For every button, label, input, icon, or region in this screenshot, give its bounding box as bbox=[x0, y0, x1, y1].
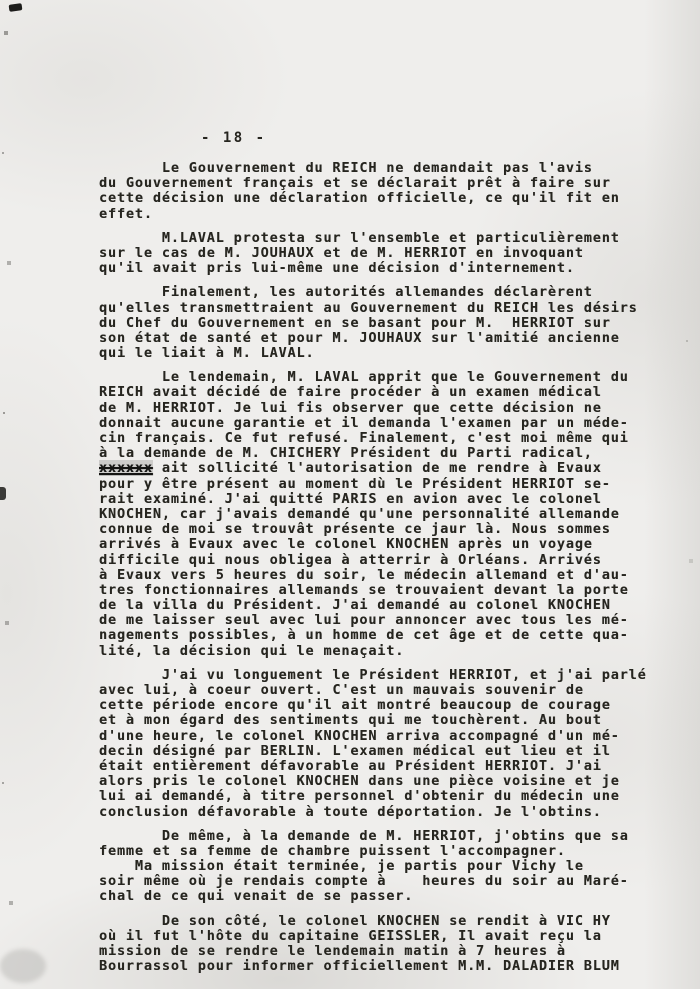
text-line: lité, la décision qui le menaçait. bbox=[99, 644, 674, 659]
text-line: xxxxxx ait sollicité l'autorisation de m… bbox=[99, 461, 674, 476]
document-body: Le Gouvernement du REICH ne demandait pa… bbox=[99, 161, 674, 983]
text-line: rait examiné. J'ai quitté PARIS en avion… bbox=[99, 492, 674, 507]
text-line: J'ai vu longuement le Président HERRIOT,… bbox=[99, 668, 674, 683]
text-line: De même, à la demande de M. HERRIOT, j'o… bbox=[99, 829, 674, 844]
text-line: effet. bbox=[99, 207, 674, 222]
text-line: et à mon égard des sentiments qui me tou… bbox=[99, 713, 674, 728]
paragraph: J'ai vu longuement le Président HERRIOT,… bbox=[99, 668, 674, 820]
struck-out-text: xxxxxx bbox=[99, 460, 153, 476]
text-line: REICH avait décidé de faire procéder à u… bbox=[99, 385, 674, 400]
text-line: de M. HERRIOT. Je lui fis observer que c… bbox=[99, 401, 674, 416]
text-line: sur le cas de M. JOUHAUX et de M. HERRIO… bbox=[99, 246, 674, 261]
text-line: cette décision une déclaration officiell… bbox=[99, 191, 674, 206]
scan-artifact-smudge bbox=[0, 949, 46, 983]
text-line: nagements possibles, à un homme de cet â… bbox=[99, 628, 674, 643]
text-line: pour y être présent au moment dù le Prés… bbox=[99, 477, 674, 492]
text-line: Le Gouvernement du REICH ne demandait pa… bbox=[99, 161, 674, 176]
text-line: mission de se rendre le lendemain matin … bbox=[99, 944, 674, 959]
text-line: donnait aucune garantie et il demanda l'… bbox=[99, 416, 674, 431]
text-line: De son côté, le colonel KNOCHEN se rendi… bbox=[99, 914, 674, 929]
text-line: KNOCHEN, car j'avais demandé qu'une pers… bbox=[99, 507, 674, 522]
text-line: Ma mission était terminée, je partis pou… bbox=[99, 859, 674, 874]
text-line: femme et sa femme de chambre puissent l'… bbox=[99, 844, 674, 859]
text-line: à Evaux vers 5 heures du soir, le médeci… bbox=[99, 568, 674, 583]
paragraph: Finalement, les autorités allemandes déc… bbox=[99, 285, 674, 361]
text-line: conclusion défavorable à toute déportati… bbox=[99, 805, 674, 820]
text-line: tres fonctionnaires allemands se trouvai… bbox=[99, 583, 674, 598]
text-line: chal de ce qui venait de se passer. bbox=[99, 889, 674, 904]
scanned-document-page: - 18 - Le Gouvernement du REICH ne deman… bbox=[0, 0, 700, 989]
text-line: où il fut l'hôte du capitaine GEISSLER, … bbox=[99, 929, 674, 944]
text-line: qu'il avait pris lui-même une décision d… bbox=[99, 261, 674, 276]
text-line: Bourrassol pour informer officiellement … bbox=[99, 959, 674, 974]
page-number: - 18 - bbox=[201, 130, 267, 146]
text-line: qu'elles transmettraient au Gouvernement… bbox=[99, 301, 674, 316]
scan-artifact-corner bbox=[9, 3, 23, 12]
text-line: son état de santé et pour M. JOUHAUX sur… bbox=[99, 331, 674, 346]
text-line: difficile qui nous obligea à atterrir à … bbox=[99, 553, 674, 568]
scan-artifact-edge bbox=[0, 487, 6, 500]
text-line: d'une heure, le colonel KNOCHEN arriva a… bbox=[99, 729, 674, 744]
text-line: M.LAVAL protesta sur l'ensemble et parti… bbox=[99, 231, 674, 246]
text-line: decin désigné par BERLIN. L'examen médic… bbox=[99, 744, 674, 759]
text-line: Finalement, les autorités allemandes déc… bbox=[99, 285, 674, 300]
text-line: était entièrement défavorable au Préside… bbox=[99, 759, 674, 774]
text-line: du Chef du Gouvernement en se basant pou… bbox=[99, 316, 674, 331]
scan-noise-specks bbox=[0, 0, 2, 2]
paragraph: De même, à la demande de M. HERRIOT, j'o… bbox=[99, 829, 674, 905]
text-line: arrivés à Evaux avec le colonel KNOCHEN … bbox=[99, 537, 674, 552]
paragraph: M.LAVAL protesta sur l'ensemble et parti… bbox=[99, 231, 674, 277]
text-line: avec lui, à coeur ouvert. C'est un mauva… bbox=[99, 683, 674, 698]
paragraph: De son côté, le colonel KNOCHEN se rendi… bbox=[99, 914, 674, 975]
paragraph: Le lendemain, M. LAVAL apprit que le Gou… bbox=[99, 370, 674, 659]
text-line: qui le liait à M. LAVAL. bbox=[99, 346, 674, 361]
text-line: de la villa du Président. J'ai demandé a… bbox=[99, 598, 674, 613]
paragraph: Le Gouvernement du REICH ne demandait pa… bbox=[99, 161, 674, 222]
text-line: lui ai demandé, à titre personnel d'obte… bbox=[99, 789, 674, 804]
text-line: cin français. Ce fut refusé. Finalement,… bbox=[99, 431, 674, 446]
